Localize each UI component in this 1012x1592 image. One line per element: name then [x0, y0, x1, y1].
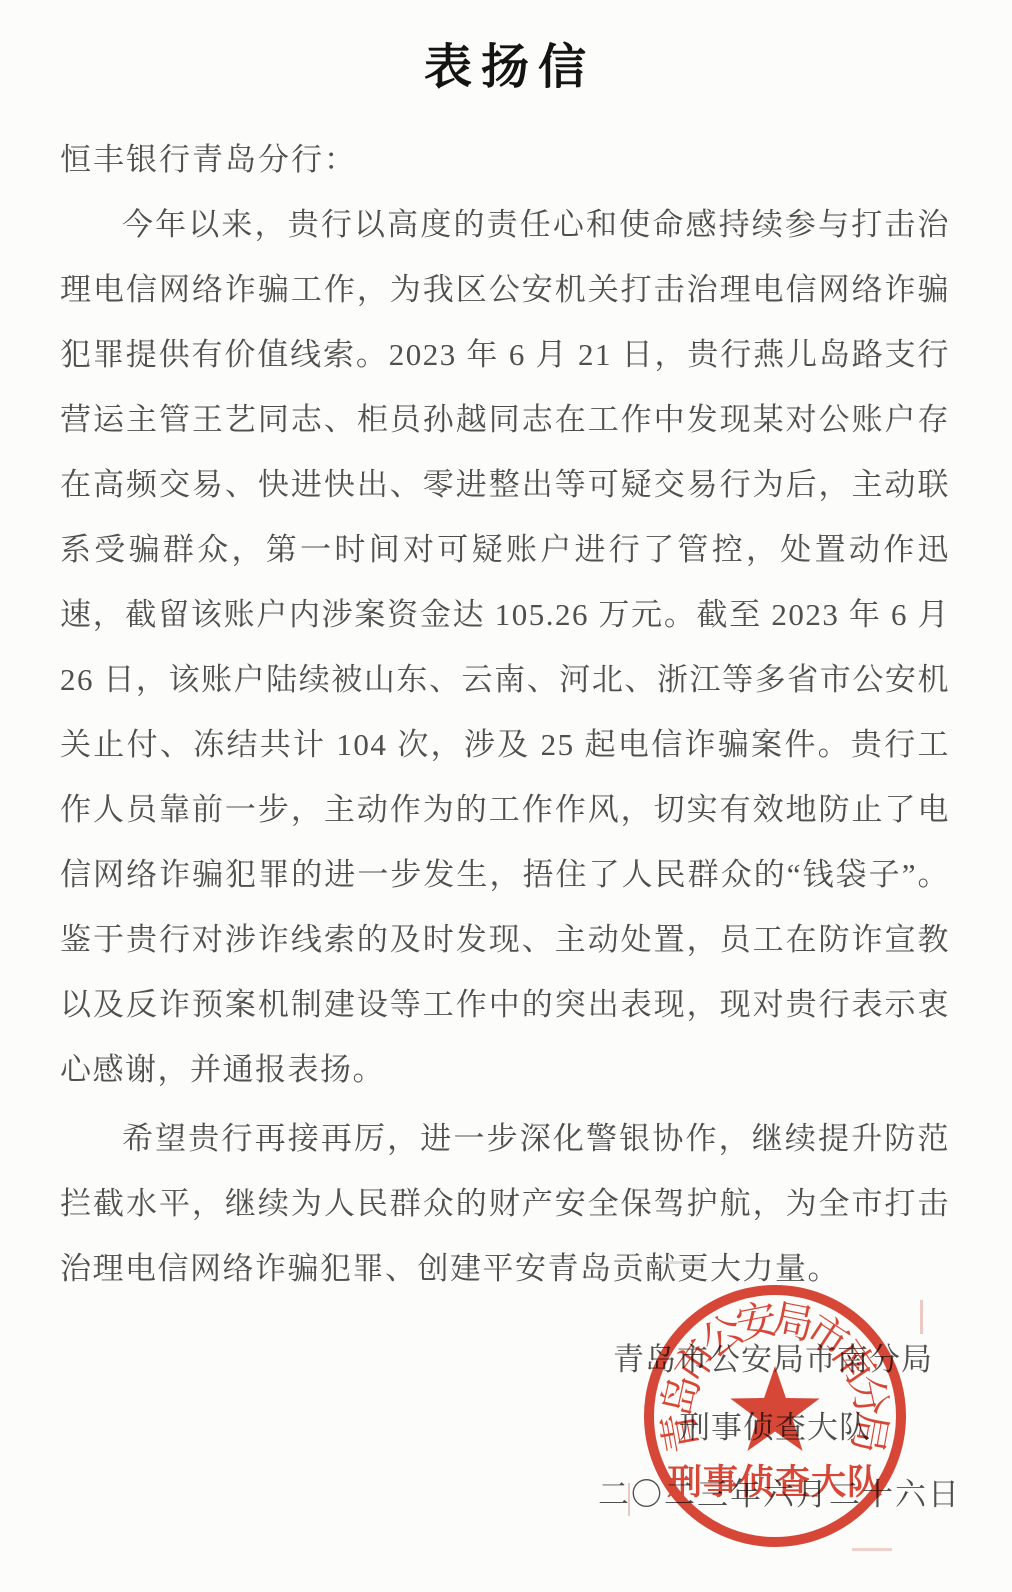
scan-artifact: [658, 1261, 704, 1264]
seal-bottom-text: 刑事侦查大队: [667, 1463, 883, 1502]
paragraph-2: 希望贵行再接再厉，进一步深化警银协作，继续提升防范拦截水平，继续为人民群众的财产…: [60, 1106, 950, 1301]
letter-body: 表扬信 恒丰银行青岛分行： 今年以来，贵行以高度的责任心和使命感持续参与打击治理…: [60, 0, 950, 1301]
salutation: 恒丰银行青岛分行：: [60, 140, 950, 180]
official-seal: 青岛市公安局市南分局 刑事侦查大队: [641, 1282, 909, 1550]
scan-artifact: [628, 1483, 630, 1516]
scan-artifact: [852, 1548, 892, 1551]
scan-artifact: [920, 1300, 923, 1334]
paragraph-1: 今年以来，贵行以高度的责任心和使命感持续参与打击治理电信网络诈骗工作，为我区公安…: [60, 192, 950, 1102]
letter-title: 表扬信: [60, 38, 950, 98]
seal-star-icon: [730, 1366, 819, 1451]
svg-text:局: 局: [843, 1408, 895, 1456]
official-seal-svg: 青岛市公安局市南分局 刑事侦查大队: [641, 1282, 909, 1550]
commendation-letter-page: 表扬信 恒丰银行青岛分行： 今年以来，贵行以高度的责任心和使命感持续参与打击治理…: [0, 0, 1012, 1592]
